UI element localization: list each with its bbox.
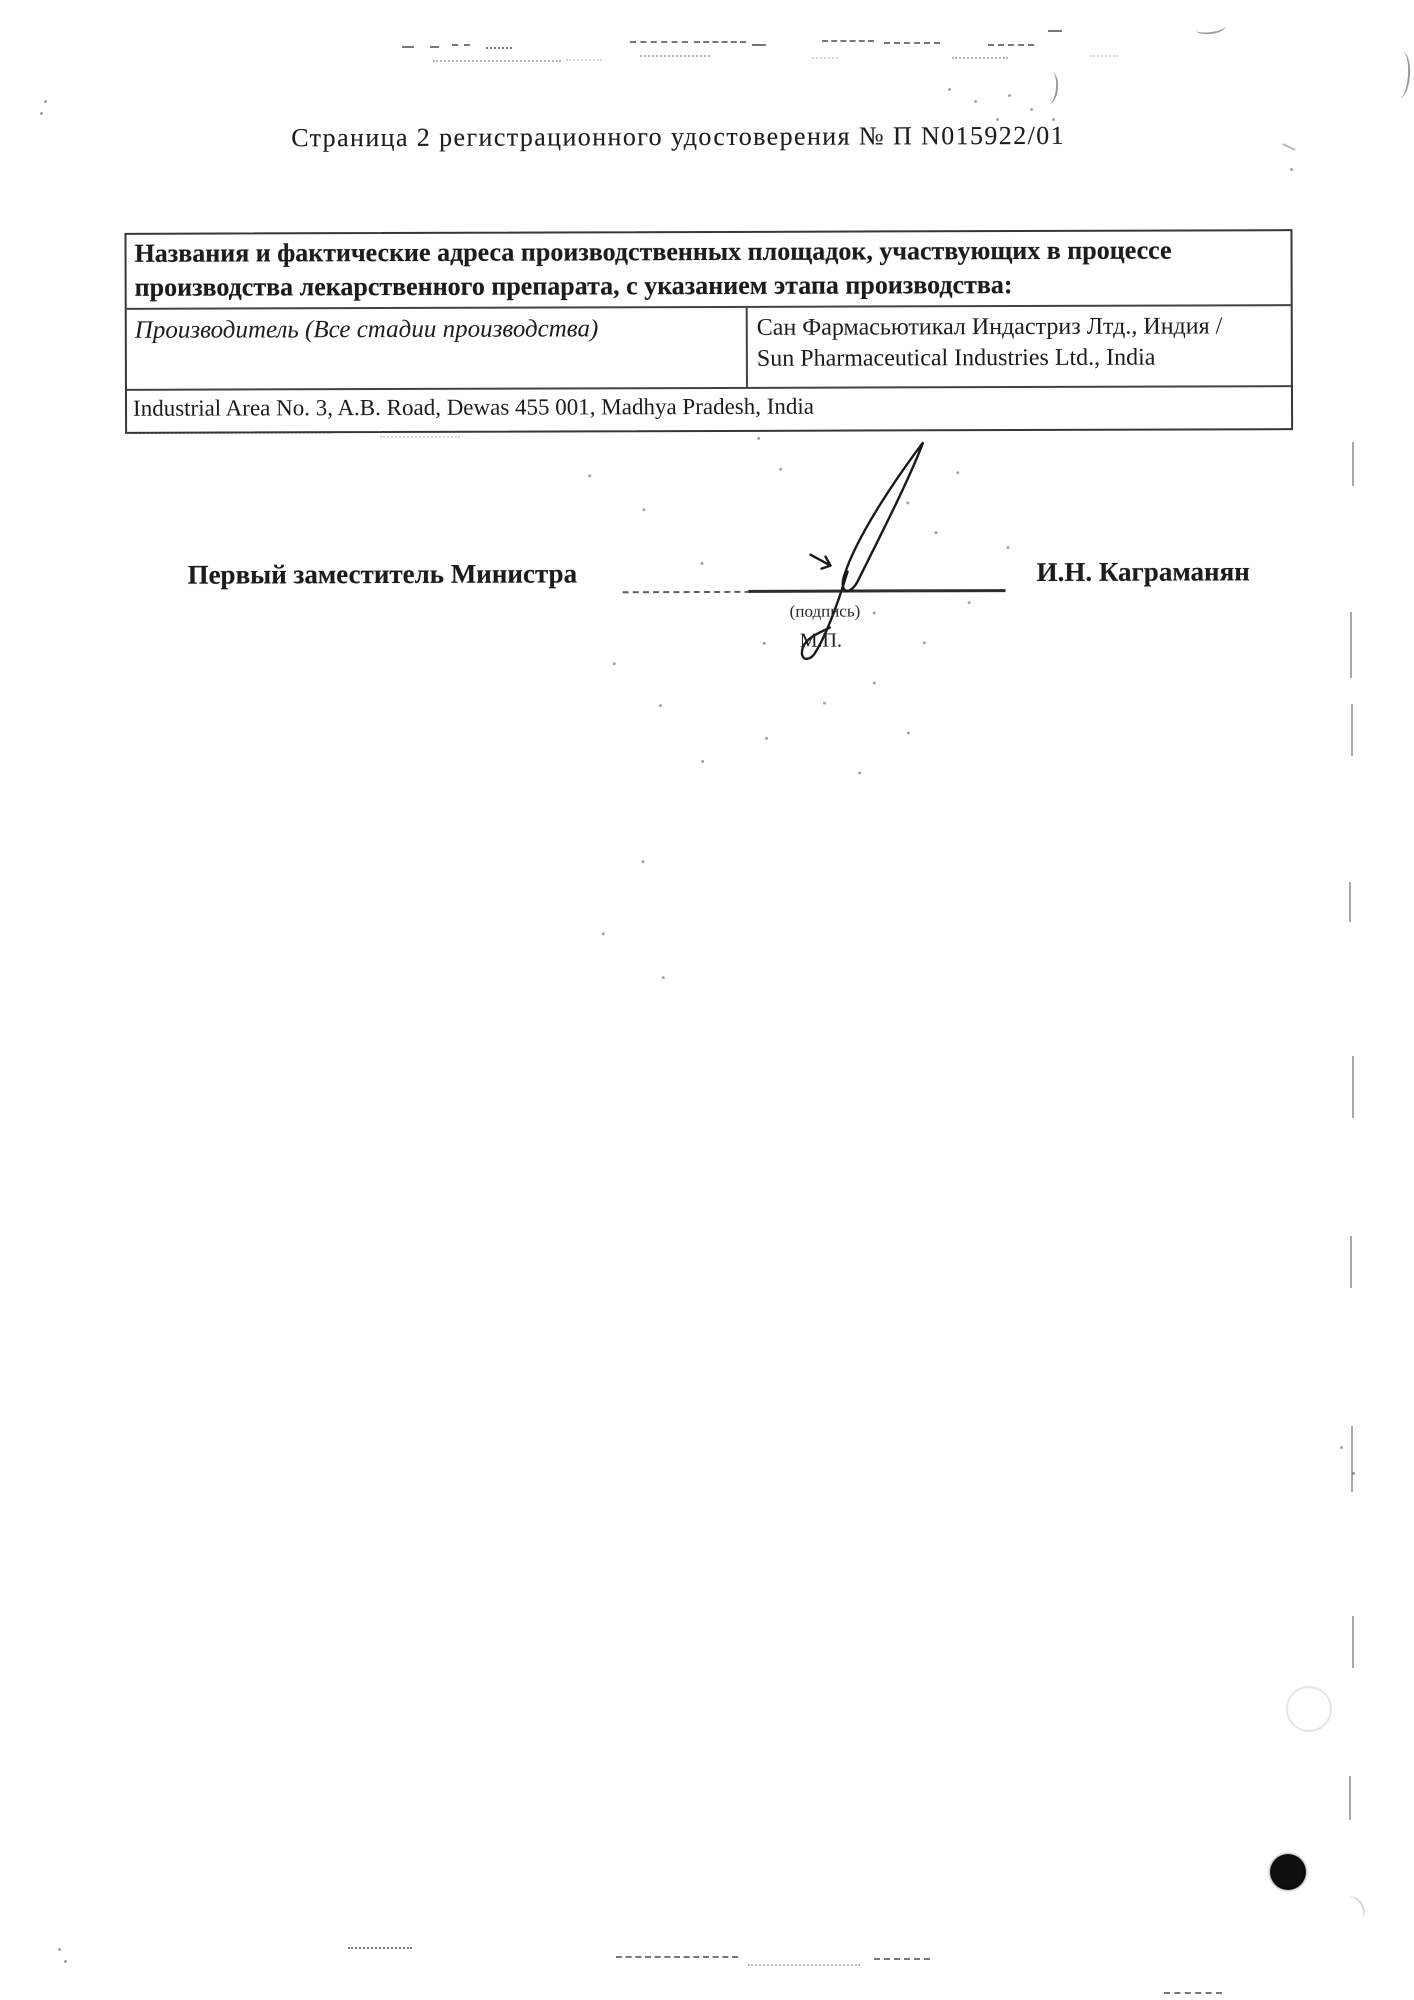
scan-speck bbox=[662, 976, 665, 979]
scan-speck bbox=[613, 662, 616, 665]
scan-speck bbox=[873, 681, 876, 684]
scan-speck bbox=[1006, 546, 1009, 549]
scan-speck bbox=[779, 468, 782, 471]
page-title: Страница 2 регистрационного удостоверени… bbox=[291, 121, 1065, 153]
scan-speck bbox=[659, 704, 662, 707]
minister-position-label: Первый заместитель Министра bbox=[187, 558, 577, 590]
producer-value-cell: Сан Фармасьютикал Индастриз Лтд., Индия … bbox=[748, 306, 1291, 387]
scan-speck bbox=[602, 932, 605, 935]
scan-speck bbox=[757, 437, 760, 440]
signature-caption: (подпись) bbox=[790, 602, 861, 622]
faint-circle-mark bbox=[1286, 1686, 1332, 1732]
scan-speck bbox=[765, 737, 768, 740]
document-content: Страница 2 регистрационного удостоверени… bbox=[0, 0, 1414, 2000]
producer-label-cell: Производитель (Все стадии производства) bbox=[127, 308, 748, 389]
scan-speck bbox=[642, 508, 645, 511]
punch-hole-dot bbox=[1270, 1854, 1306, 1890]
signatory-name: И.Н. Каграманян bbox=[1036, 556, 1249, 588]
scan-speck bbox=[873, 611, 876, 614]
scan-speck bbox=[956, 471, 959, 474]
handwritten-signature bbox=[740, 419, 971, 680]
scan-speck bbox=[906, 501, 909, 504]
scanned-document-page: Страница 2 регистрационного удостоверени… bbox=[0, 0, 1414, 2000]
stamp-caption: М.П. bbox=[800, 630, 842, 653]
table-header-cell: Названия и фактические адреса производст… bbox=[126, 231, 1290, 308]
producer-value-ru: Сан Фармасьютикал Индастриз Лтд., Индия … bbox=[757, 311, 1283, 344]
scan-speck bbox=[968, 601, 971, 604]
address-cell: Industrial Area No. 3, A.B. Road, Dewas … bbox=[127, 385, 1291, 432]
scan-speck bbox=[858, 772, 861, 775]
scan-speck bbox=[641, 860, 644, 863]
manufacturing-sites-table: Названия и фактические адреса производст… bbox=[124, 229, 1293, 434]
table-row: Производитель (Все стадии производства) … bbox=[127, 304, 1291, 389]
scan-speck bbox=[907, 731, 910, 734]
scan-speck bbox=[701, 562, 704, 565]
scan-speck bbox=[823, 702, 826, 705]
scan-speck bbox=[934, 531, 937, 534]
scan-speck bbox=[588, 474, 591, 477]
scan-speck bbox=[701, 760, 704, 763]
scan-speck bbox=[923, 641, 926, 644]
signature-line bbox=[623, 591, 751, 593]
producer-value-en: Sun Pharmaceutical Industries Ltd., Indi… bbox=[757, 342, 1283, 375]
scan-speck bbox=[763, 642, 766, 645]
